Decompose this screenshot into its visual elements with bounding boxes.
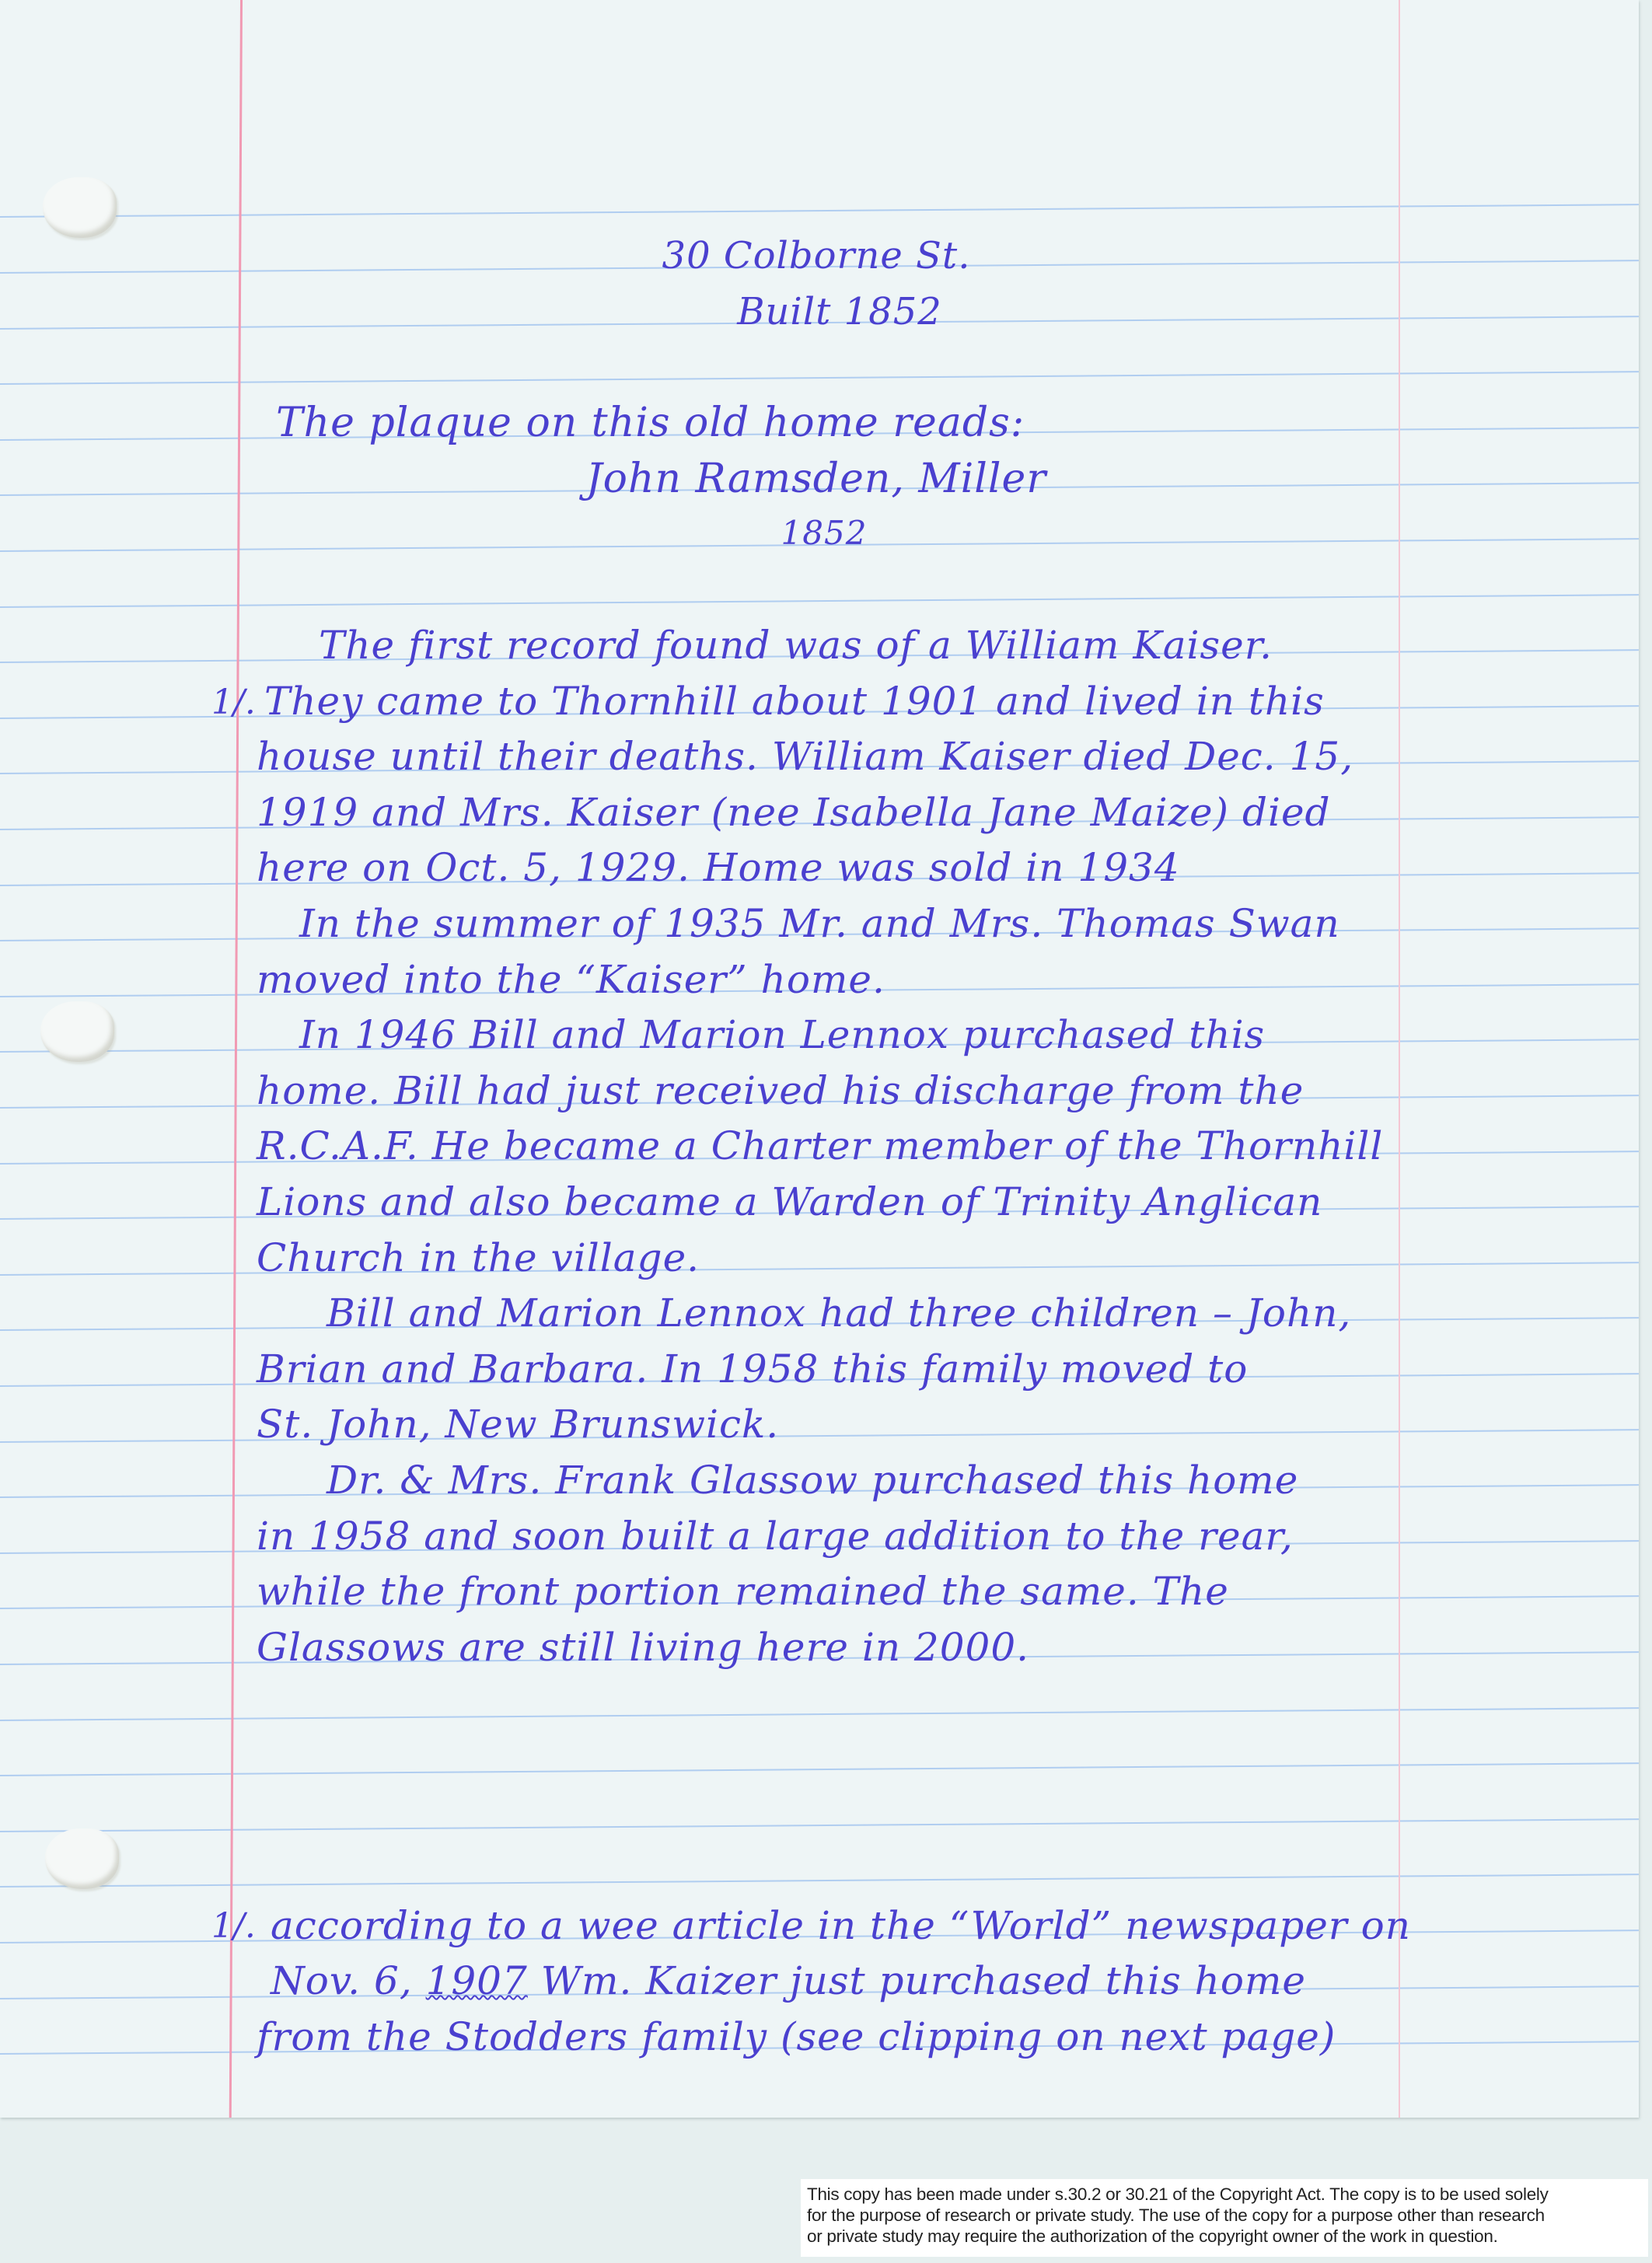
plaque-name: John Ramsden, Miller [586, 459, 1046, 499]
body-line: Bill and Marion Lennox had three childre… [327, 1294, 1351, 1332]
body-line: moved into the “Kaiser” home. [257, 960, 885, 999]
ruled-line [0, 204, 1639, 218]
right-margin-line [1399, 0, 1400, 2118]
ruled-line [0, 1818, 1639, 1832]
footnote-year-underlined: 1907 [426, 1958, 528, 2003]
footnote-line-2: Nov. 6, 1907 Wm. Kaizer just purchased t… [271, 1961, 1306, 2000]
ruled-line [0, 594, 1639, 608]
body-line: 1919 and Mrs. Kaiser (nee Isabella Jane … [257, 793, 1331, 832]
heading-address: 30 Colborne St. [662, 237, 971, 274]
body-line: Brian and Barbara. In 1958 this family m… [257, 1350, 1248, 1388]
footnote-marker: 1/. [211, 1906, 256, 1946]
lined-paper-sheet: 30 Colborne St. Built 1852 The plaque on… [0, 0, 1639, 2118]
punch-hole-middle [40, 1001, 114, 1062]
ruled-line [0, 1707, 1639, 1721]
copyright-notice-line-3: or private study may require the authori… [807, 2226, 1642, 2247]
body-line: They came to Thornhill about 1901 and li… [264, 682, 1325, 721]
body-line: house until their deaths. William Kaiser… [257, 737, 1353, 776]
footnote-marker-ref: 1/. [211, 683, 256, 722]
ruled-line [0, 371, 1639, 385]
copyright-notice: This copy has been made under s.30.2 or … [801, 2179, 1648, 2257]
footnote-line-3: from the Stodders family (see clipping o… [257, 2017, 1336, 2056]
footnote-line-1: according to a wee article in the “World… [271, 1906, 1411, 1945]
ruled-line [0, 1262, 1639, 1276]
footnote-date: Nov. 6, [271, 1958, 426, 2003]
body-line: here on Oct. 5, 1929. Home was sold in 1… [257, 848, 1180, 887]
body-line: The first record found was of a William … [319, 626, 1273, 665]
body-line: Church in the village. [257, 1238, 700, 1277]
punch-hole-bottom [45, 1828, 119, 1889]
body-line: Glassows are still living here in 2000. [257, 1628, 1029, 1667]
ruled-line [0, 1429, 1639, 1443]
ruled-line [0, 1874, 1639, 1888]
copyright-notice-line-1: This copy has been made under s.30.2 or … [807, 2184, 1642, 2205]
punch-hole-top [43, 177, 117, 238]
ruled-line [0, 1762, 1639, 1776]
plaque-intro: The plaque on this old home reads: [276, 403, 1025, 443]
body-line: while the front portion remained the sam… [257, 1572, 1229, 1611]
footnote-line-2-rest: Wm. Kaizer just purchased this home [528, 1958, 1306, 2003]
body-line: R.C.A.F. He became a Charter member of t… [257, 1126, 1383, 1165]
body-line: home. Bill had just received his dischar… [257, 1071, 1304, 1110]
body-line: Lions and also became a Warden of Trinit… [257, 1182, 1322, 1221]
body-line: Dr. & Mrs. Frank Glassow purchased this … [327, 1461, 1298, 1500]
left-margin-line [229, 0, 243, 2118]
body-line: In 1946 Bill and Marion Lennox purchased… [299, 1015, 1265, 1054]
heading-built-year: Built 1852 [737, 293, 942, 330]
plaque-year: 1852 [781, 517, 868, 550]
body-line: in 1958 and soon built a large addition … [257, 1517, 1294, 1556]
body-line: St. John, New Brunswick. [257, 1405, 779, 1444]
copyright-notice-line-2: for the purpose of research or private s… [807, 2205, 1642, 2226]
body-line: In the summer of 1935 Mr. and Mrs. Thoma… [299, 904, 1340, 943]
